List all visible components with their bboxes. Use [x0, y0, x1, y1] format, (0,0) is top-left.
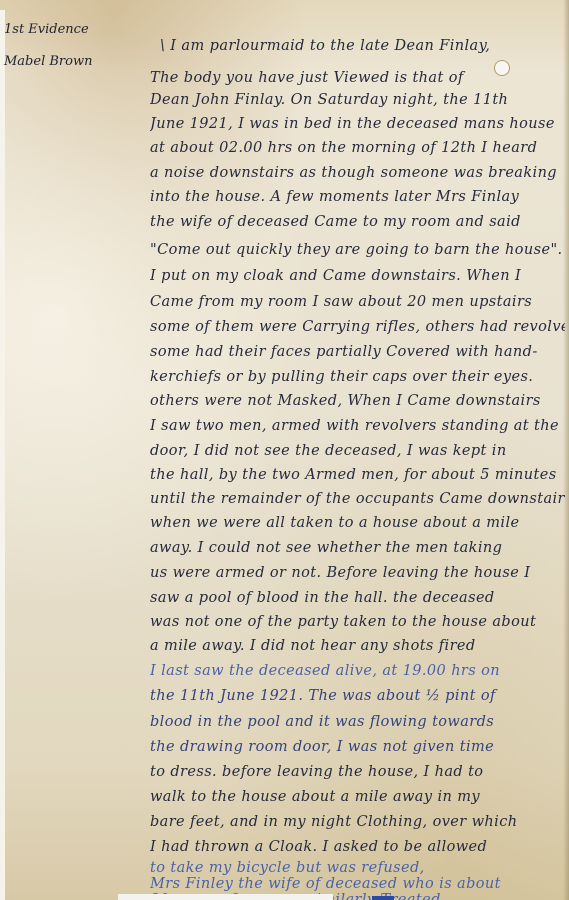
- statement-line: into the house. A few moments later Mrs …: [150, 189, 565, 205]
- statement-line: Dean John Finlay. On Saturday night, the…: [150, 92, 565, 108]
- statement-line-added: to take my bicycle but was refused,: [150, 860, 565, 876]
- statement-line: bare feet, and in my night Clothing, ove…: [150, 814, 565, 830]
- statement-line: the wife of deceased Came to my room and…: [150, 214, 565, 230]
- statement-line: was not one of the party taken to the ho…: [150, 614, 565, 630]
- statement-line: door, I did not see the deceased, I was …: [150, 443, 565, 459]
- statement-line: until the remainder of the occupants Cam…: [150, 491, 565, 507]
- statement-line: a mile away. I did not hear any shots fi…: [150, 638, 565, 654]
- statement-line: the hall, by the two Armed men, for abou…: [150, 467, 565, 483]
- statement-line-added: blood in the pool and it was flowing tow…: [150, 714, 565, 730]
- statement-line: I saw two men, armed with revolvers stan…: [150, 418, 565, 434]
- statement-line: walk to the house about a mile away in m…: [150, 789, 565, 805]
- statement-line: some had their faces partially Covered w…: [150, 344, 565, 360]
- underlying-blue-mark: [372, 896, 394, 900]
- statement-line: to dress. before leaving the house, I ha…: [150, 764, 565, 780]
- statement-line: when we were all taken to a house about …: [150, 515, 565, 531]
- statement-line: away. I could not see whether the men ta…: [150, 540, 565, 556]
- statement-line: I put on my cloak and Came downstairs. W…: [150, 268, 565, 284]
- statement-line-added: Mrs Finley the wife of deceased who is a…: [150, 876, 565, 892]
- margin-note-evidence-number: 1st Evidence: [4, 22, 89, 37]
- document-page: 1st Evidence Mabel Brown \ I am parlourm…: [0, 0, 569, 900]
- page-edge: [0, 10, 5, 900]
- statement-line: I had thrown a Cloak. I asked to be allo…: [150, 839, 565, 855]
- statement-line: some of them were Carrying rifles, other…: [150, 319, 565, 335]
- statement-line-added: I last saw the deceased alive, at 19.00 …: [150, 663, 565, 679]
- statement-line: others were not Masked, When I Came down…: [150, 393, 565, 409]
- statement-line: a noise downstairs as though someone was…: [150, 165, 565, 181]
- statement-line: saw a pool of blood in the hall. the dec…: [150, 590, 565, 606]
- statement-line: Came from my room I saw about 20 men ups…: [150, 294, 565, 310]
- statement-line: "Come out quickly they are going to barn…: [150, 242, 565, 258]
- margin-note-witness-name: Mabel Brown: [4, 54, 92, 69]
- statement-line: us were armed or not. Before leaving the…: [150, 565, 565, 581]
- statement-line: The body you have just Viewed is that of: [150, 70, 565, 86]
- underlying-page-edge: [118, 894, 333, 900]
- statement-line: at about 02.00 hrs on the morning of 12t…: [150, 140, 565, 156]
- statement-line: June 1921, I was in bed in the deceased …: [150, 116, 565, 132]
- statement-line-added: the drawing room door, I was not given t…: [150, 739, 565, 755]
- statement-line: kerchiefs or by pulling their caps over …: [150, 369, 565, 385]
- statement-line: \ I am parlourmaid to the late Dean Finl…: [160, 38, 565, 54]
- statement-line-added: the 11th June 1921. The was about ½ pint…: [150, 688, 565, 704]
